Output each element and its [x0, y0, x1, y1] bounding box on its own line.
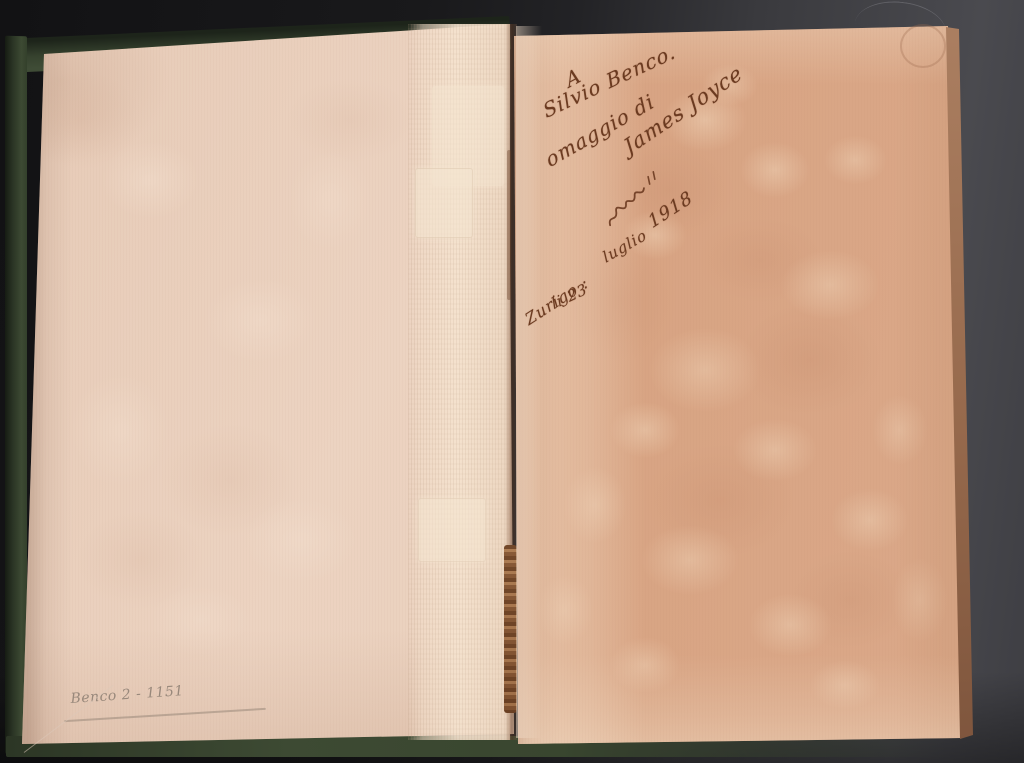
book-photo: A Silvio Benco. omaggio di James Joyce Z…	[0, 0, 1024, 763]
gutter-fold-highlight	[516, 26, 542, 738]
tape-patch-lower	[418, 498, 486, 562]
tape-patch-upper	[415, 168, 473, 238]
gutter-crease-dark-segment	[507, 150, 511, 300]
ring-stain-mark	[900, 24, 946, 68]
book-cover-left-edge	[5, 36, 27, 754]
